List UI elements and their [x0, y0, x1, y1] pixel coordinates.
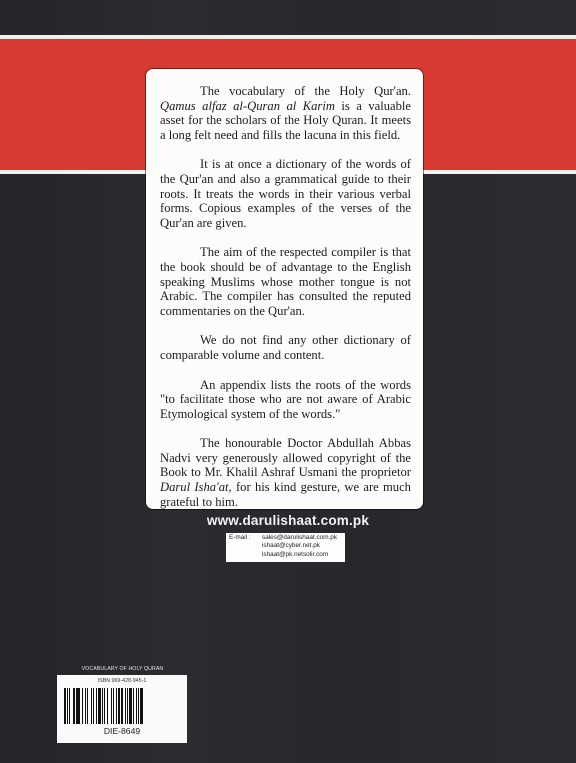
email-box: E-mail : sales@darulishaat.com.pk ishaat…: [226, 533, 345, 562]
product-code: DIE-8649: [57, 726, 187, 736]
barcode-book-title: VOCABULARY OF HOLY QURAN: [56, 666, 189, 672]
blurb-paragraph: We do not find any other dictionary of c…: [160, 333, 411, 362]
email-label: E-mail :: [229, 534, 262, 561]
email-address: sales@darulishaat.com.pk: [262, 534, 337, 542]
email-address: ishaat@pk.netsolir.com: [262, 551, 337, 559]
email-list: sales@darulishaat.com.pk ishaat@cyber.ne…: [262, 534, 337, 561]
email-address: ishaat@cyber.net.pk: [262, 542, 337, 550]
blurb-paragraph: The honourable Doctor Abdullah Abbas Nad…: [160, 436, 411, 509]
blurb-paragraph: The vocabulary of the Holy Qur'an. Qamus…: [160, 84, 411, 142]
barcode-bars-icon: [64, 688, 180, 724]
blurb-paragraph: An appendix lists the roots of the words…: [160, 378, 411, 422]
blurb-paragraph: It is at once a dictionary of the words …: [160, 157, 411, 230]
blurb-card: The vocabulary of the Holy Qur'an. Qamus…: [146, 69, 423, 509]
isbn-number: ISBN 969-428-945-1: [57, 678, 187, 684]
publisher-website: www.darulishaat.com.pk: [0, 513, 576, 528]
blurb-paragraph: The aim of the respected compiler is tha…: [160, 245, 411, 318]
barcode-label: ISBN 969-428-945-1 DIE-8649: [57, 675, 187, 743]
